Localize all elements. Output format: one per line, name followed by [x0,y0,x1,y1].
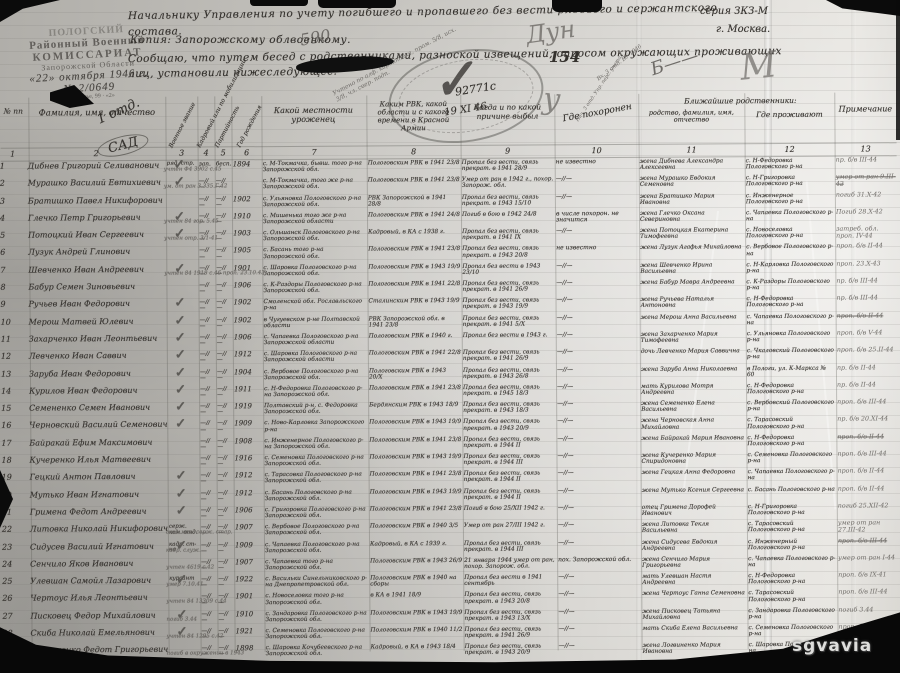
draft-office: Пологовским РВК в 1940 3/5 [369,522,463,540]
burial-place: —//— [557,486,641,504]
person-name: Ручьев Иван Федорович [28,299,167,317]
next-of-kin: мать Улевшан Настя Андреевна [641,572,747,590]
burial-place: —//— [556,314,640,332]
birth-year: 1906 [232,281,262,298]
residence: с. Зандаровка Пологовского р-на [747,606,837,624]
remark: погиб 3.44 [837,606,899,624]
draft-office: Пологовским РВК в 1941 23/8 [368,436,462,454]
ditto-cell: —//— [198,195,215,212]
loss-reason: Пропал без вести, связь прекрат. в 1943 … [461,245,555,263]
residence: с. Чапаевка Пологовского р-на [747,554,837,572]
pencil-note: учтен 84 1295 с.42 [167,634,262,640]
col-header-9: Когда и по какой причине выбыл [463,103,551,121]
burial-place: —//— [557,521,641,539]
person-name: Литовка Николай Никифорович [29,524,168,542]
loss-reason: Умер от ран в 1942 г., похор. Запорож. о… [461,176,555,194]
residence: с. Тарасовский Пологовского р-на [747,589,837,607]
row-number: 13 [0,369,28,386]
row-number: 26 [1,594,29,611]
person-name: Гецкий Антон Павлович [29,472,168,490]
remark: пр. б/в III-44 [835,295,897,313]
burial-place: не известно [555,244,639,262]
birth-year: 1919 [233,402,263,419]
person-name: Шевченко Иван Андреевич [27,265,166,283]
loss-reason: Пропал без вести, связь прекрат. в 1944 … [463,539,557,557]
draft-office: Сталинским РВК в 1943 19/9 [368,297,462,315]
row-number: 14 [0,386,28,403]
pencil-checkmark: ✓ [175,418,186,432]
ditto-cell: —//— [200,472,217,489]
draft-office: Кадровый, в КА с 1939 г. [369,539,463,557]
residence: с. Чапаевка Пологовского р-на [746,312,836,330]
loss-reason: Пропал без вести, связь прекрат. в 1944 … [463,487,557,505]
draft-office: Пологовским РВК в 1940 11/2 [370,626,464,644]
draft-office: РВК Запорожской в 1941 28/8 [367,194,461,212]
ditto-cell: —//— [200,506,217,523]
burial-place: не известно [555,158,639,176]
draft-office: Пологовским РВК в 1941 22/8 [368,349,462,367]
ditto-cell: —//— [215,247,232,264]
loss-reason: 21 января 1944 умер от ран, похор. Запор… [463,556,557,574]
person-name: Захарченко Иван Леонтьевич [28,334,167,352]
pencil-note: учтен 84 13309 с.44 [166,600,261,606]
birthplace: с. Семеновка Пологовского р-на Запорожск… [263,454,368,472]
burial-place: —//— [555,192,639,210]
col-num: 7 [262,148,367,158]
ditto-cell: —//— [199,299,216,316]
person-name: Гримена Федот Андреевич [29,507,168,525]
remark: пр. б/в II-44 [836,364,898,382]
pencil-checkmark: ✓ [175,383,186,397]
col-num: 12 [745,145,835,155]
birth-year: 1902 [233,316,263,333]
birthplace: с. Ольшанск Пологовского р-на Запорожско… [262,229,367,247]
birthplace: с. К-Раздоры Пологовского р-на Запорожск… [262,281,367,299]
person-name: Улевшан Самойл Лазарович [29,576,168,594]
draft-office: Кадровый, в КА в 1943 18/4 [370,643,464,661]
birth-year: 1909 [233,420,263,437]
row-number: 23 [1,542,29,559]
rank-cell: ✓ [167,420,199,437]
burial-place: —//— [557,590,641,608]
pencil-checkmark: ✓ [175,401,186,415]
row-number: 18 [0,456,28,473]
col-header-3: Военное звание [168,102,197,150]
next-of-kin: жена Заруба Анна Николаевна [640,365,746,383]
ditto-cell: —//— [217,472,234,489]
loss-reason: Пропал без вести, связь прекрат. в 1945 … [462,383,556,401]
remark: проп. б/в II-44 [837,485,899,503]
loss-reason: Погиб в бою 25/XII 1942 г. [463,504,557,522]
row-number: 3 [0,196,27,213]
birthplace: с. Григоровка Пологовского р-на Запорожс… [264,505,369,523]
birthplace: с. Чапаевка Пологовского р-на Запорожско… [264,540,369,558]
person-name: Писковец Федор Михайлович [29,610,168,628]
row-number: 5 [0,231,27,248]
draft-office: Пологовским РВК в 1941 24/8 [367,211,461,229]
loss-reason: Пропал без вести, связь прекрат. в 1943 … [462,366,556,384]
loss-reason: Пропал без вести, связь прекрат. в 1943 … [462,401,556,419]
ditto-cell: —//— [199,351,216,368]
residence: с. Н-Федоровка Пологовского р-на [746,382,836,400]
draft-office: Пологовским РВК в 1940 на сборы [369,574,463,592]
remark: пр. б/в 20.XI-44 [836,416,898,434]
col-num: 10 [555,146,639,156]
remark: проп. б/в V-44 [836,329,898,347]
residence: с. Вербовое Пологовского р-на [745,243,835,261]
remark: пр. б/в III-44 [835,156,897,174]
burial-place: —//— [557,504,641,522]
residence: с. Ульяновка Пологовского р-на [746,330,836,348]
next-of-kin: жена Дибнева Александра Алексеевна [639,157,745,175]
row-number: 11 [0,335,28,352]
residence: с. Инженерное Пологовского р-на [745,191,835,209]
loss-reason: Пропал без вести, связь прекрат. в 1943 … [462,418,556,436]
ditto-cell: —//— [217,489,234,506]
row-number: 24 [1,559,29,576]
row-number: 7 [0,265,27,282]
pencil-note: погиб в окружении в 1943 [167,651,262,657]
col-header-1: № пп [0,108,26,117]
rank-cell: ✓ум. от ран 3.335.Г.42 [166,178,198,195]
next-of-kin: жена Мутько Ксения Сергеевна [641,486,747,504]
paper-sheet: ПОЛОГСКИЙ Районный Военный КОМИССАРИАТ З… [0,0,900,673]
loss-reason: Пропал без вести в 1941 сентябрь [463,573,557,591]
residence: с. Тарасовский Пологовского р-на [747,520,837,538]
col-num: 4 [198,148,215,157]
person-name: Левченко Иван Саввич [28,351,167,369]
burial-place: —//— [557,573,641,591]
pencil-checkmark: ✓ [175,366,186,380]
col-header-6: Год рождения [236,105,264,150]
pencil-note: ум. от ран 3.335.Г.42 [164,184,259,190]
remark: пр. б/в III-44 [835,277,897,295]
row-number: 1 [0,162,27,179]
loss-reason: Пропал без вести, связь прекрат. в 1943 … [463,591,557,609]
next-of-kin: жена Бабур Мавра Андреевна [639,278,745,296]
loss-reason: Пропал без вести в 1943 г. [462,331,556,349]
person-name: Кучеренко Илья Матвеевич [28,455,167,473]
col-num: 13 [835,144,897,153]
next-of-kin: жена Братишко Мария Ивановна [639,192,745,210]
birthplace: с. М-Токмачка, того же р-на Запорожской … [262,177,367,195]
residence: с. Н-Федоровка Пологовского р-на [745,157,835,175]
remark: проп. б/в 25.II-44 [836,347,898,365]
ditto-cell: —//— [199,420,216,437]
residence: с. Тарасовский Пологовского р-на [746,416,836,434]
pencil-checkmark: ✓ [176,470,187,484]
col-header-12: Где проживают [746,111,832,120]
residence: с. Чапаевка Пологовского р-на [747,468,837,486]
col-header-11-group: Ближайшие родственники: [640,97,840,107]
pencil-note: учтен 4619 с.42 [166,565,261,571]
draft-office: Пологовским РВК в 1943 19/9 [369,609,463,627]
ditto-cell: —//— [199,385,216,402]
rank-cell [167,437,199,454]
birthplace: с. Тарасовка Пологовского р-на Запорожск… [264,471,369,489]
next-of-kin: жена Писковец Татьяна Михайловна [641,607,747,625]
pencil-note: погиб 3.44 [166,617,261,623]
pencil-initial-m: М [738,44,779,89]
burial-place: —//— [558,642,642,660]
pencil-checkmark: ✓ [175,332,186,346]
person-name: Братишко Павел Никифорович [27,195,166,213]
next-of-kin: жена Захарченко Мария Тимофеевна [640,330,746,348]
loss-reason: Пропал без вести в 1943 23/10 [461,262,555,280]
next-of-kin: жена Черновская Анна Михайловна [640,417,746,435]
ditto-cell: —//— [215,281,232,298]
loss-reason: Пропал без вести, связь прекрат. в 1944 … [462,435,556,453]
draft-office: Пологовским РВК в 1943 19/9 [369,488,463,506]
ditto-cell: —//— [216,333,233,350]
loss-reason: Пропал без вести, связь прекрат. в 1941 … [461,279,555,297]
col-header-7: Какой местности уроженец [264,106,362,125]
residence: с. Н-Карловка Пологовского р-на [745,260,835,278]
person-name: Байракай Ефим Максимович [28,437,167,455]
draft-office: Кадровый, в КА с 1938 г. [367,228,461,246]
burial-place: —//— [555,279,639,297]
ditto-cell: —//— [199,454,216,471]
remark: пр. б/в II-44 [836,381,898,399]
col-header-11: родство, фамилия, имя, отчество [640,109,742,125]
birth-year: 1904 [233,368,263,385]
person-name: Чертоус Илья Леонтьевич [29,593,168,611]
next-of-kin: жена Лузук Агафья Михайловна [639,244,745,262]
birth-year: 1902 [233,299,263,316]
row-number: 9 [0,300,28,317]
birth-year: 1902 [232,195,262,212]
burial-place: —//— [555,175,639,193]
remark: проп. б/в II-44 [837,468,899,486]
residence: с. Н-Григоровка Пологовского р-на [745,174,835,192]
col-num: 9 [461,146,555,156]
person-name: Логвиненко Федот Григорьевич [30,645,169,663]
birth-year: 1912 [234,471,264,488]
row-number: 17 [0,438,28,455]
next-of-kin: жена Сенчило Мария Григорьевна [641,555,747,573]
residence: с. Н-Федоровка Пологовского р-на [747,572,837,590]
next-of-kin: жена Потоцкая Екатерина Тимофеевна [639,226,745,244]
burial-place: —//— [556,365,640,383]
city-mark: г. Москва. [716,24,770,35]
row-number: 27 [1,611,29,628]
burial-place: —//— [556,435,640,453]
next-of-kin: мать Скиба Елена Васильевна [642,624,748,642]
next-of-kin: жена Логвиненко Мария Ивановна [642,641,748,659]
loss-reason: Умер от ран 27/III 1942 г. [463,522,557,540]
remark: проп. б/в II-44 [836,312,898,330]
loss-reason: Пропал без вести, связь прекрат. в 1941 … [462,314,556,332]
residence: с. Чкаловский Пологовского р-на [746,347,836,365]
birthplace: с. Зандаровка Пологовского р-на Запорожс… [264,609,369,627]
ditto-cell: —//— [199,437,216,454]
row-number: 10 [0,317,28,334]
ditto-cell: —//— [216,437,233,454]
birthplace: с. Мишенька того же р-на Запорожской обл… [262,211,367,229]
next-of-kin: дочь Левченко Мария Саввична [640,347,746,365]
row-number: 22 [1,525,29,542]
burial-place: —//— [557,608,641,626]
row-number: 25 [1,577,29,594]
pencil-note: кадр. служ. [166,548,261,554]
burial-place: —//— [557,538,641,556]
draft-office: Пологовским РВК в 1943 20/X [368,366,462,384]
rank-cell: кадр. ст-на✓кадр. служ. [168,541,200,558]
birthplace: с. Семеновка Пологовского р-на Запорожск… [265,627,370,645]
person-name: Черновский Василий Семенович [28,420,167,438]
ditto-cell: —//— [199,316,216,333]
next-of-kin: жена Глечко Оксана Севериновна [639,209,745,227]
birth-year: 1916 [233,454,263,471]
birthplace: в Чугуевском р-не Полтавской области [263,315,368,333]
person-name: Сидусев Василий Игнатович [29,541,168,559]
rank-cell: ✓ [168,506,200,523]
col-num: 1 [0,150,27,159]
birthplace: с. М-Токмачка, бывш. того р-на Запорожск… [262,160,367,178]
birthplace: с. Басань Пологовского р-на Запорожской … [264,488,369,506]
birthplace: Полтавский р-н, с. Федоровка Запорожской… [263,402,368,420]
draft-office: Пологовским РВК в 1940 г. [368,332,462,350]
person-name: Сенчило Яков Иванович [29,559,168,577]
birth-year: 1912 [234,489,264,506]
next-of-kin: жена Литовка Текля Васильевна [641,520,747,538]
residence: в Пологи, ул. К-Маркса № 60 [746,364,836,382]
row-number: 20 [1,490,29,507]
residence: с. Басань Пологовского р-на [747,485,837,503]
loss-reason: Пропал без вести, связь прекрат. в 1943 … [464,643,558,661]
residence: с. Инженерный Пологовского р-на [747,537,837,555]
col-num: 11 [639,145,745,155]
next-of-kin: мать Курилова Мотря Андреевна [640,382,746,400]
birth-year: 1908 [233,437,263,454]
remark: проп. б/в III-44 [837,589,899,607]
rank-cell: ✓учтен 84 1295 с.42 [169,628,201,645]
birthplace: с. Чапаевка того р-на Запорожской обл. [264,557,369,575]
rank-cell: погиб в окружении в 1943 [169,645,201,662]
ditto-cell: —//— [216,402,233,419]
rank-cell: курсант✓умер 7.10.41 [168,576,200,593]
draft-office: в КА в 1941 18/9 [369,591,463,609]
person-name: Дибнев Григорий Селиванович [27,161,166,179]
remark: проп. б/в III-44 [836,398,898,416]
burial-place: —//— [555,296,639,314]
remark: проп. б/в II-44 [836,433,898,451]
burial-place: —//— [558,625,642,643]
draft-office: Пологовским РВК в 1941 23/8 [369,470,463,488]
heading-copy: Копия: Запорожскому облвоенкому. [130,34,351,46]
birth-year: 1912 [233,350,263,367]
draft-office: Пологовским РВК в 1941 23/8 [369,505,463,523]
burial-place: —//— [555,227,639,245]
burial-place: —//— [556,383,640,401]
row-number: 12 [0,352,28,369]
loss-reason: Пропал без вести, связь прекрат. в 1943 … [463,608,557,626]
remark: умер от ран 9.III-42 [835,174,897,192]
pencil-note: учтен 84 1918 с.46 проп. 23.10.43 [164,271,259,277]
ditto-cell: —//— [216,385,233,402]
draft-office: Пологовским РВК в 1943 26/9 [369,557,463,575]
birthplace: с. Ульяновка Пологовского р-на Запорожск… [262,194,367,212]
residence: с. Чапаевка Пологовского р-на [745,209,835,227]
loss-reason: Погиб в бою в 1942 24/8 [461,210,555,228]
next-of-kin: жена Шевченко Ирина Васильевна [639,261,745,279]
person-name: Бабур Семен Зиновьевич [27,282,166,300]
draft-office: Пологовским РВК в 1943 19/9 [368,418,462,436]
row-number: 21 [1,508,29,525]
row-number: 2 [0,179,27,196]
next-of-kin: жена Семененко Елена Васильевна [640,399,746,417]
birthplace: Смоленской обл. Рославльского р-на [263,298,368,316]
residence: с. Вербовский Пологовского р-на [746,399,836,417]
col-header-13: Примечание [836,104,894,114]
next-of-kin: жена Чертоус Ганна Семеновна [641,590,747,608]
burial-place: —//— [556,417,640,435]
pencil-note: учтен отр. 3/1-41 [164,236,259,242]
col-header-8: Каким РВК, какой области и с какого врем… [368,100,458,133]
ditto-cell: —//— [216,351,233,368]
draft-office: Пологовским РВК в 1941 22/8 [367,280,461,298]
casualty-table: № пп Фамилия, имя, отчество Военное зван… [0,92,900,665]
person-name: Заруба Иван Федорович [28,368,167,386]
residence: с. Н-Федоровка Пологовского р-на [746,433,836,451]
next-of-kin: жена Мурашко Евдокия Семеновна [639,174,745,192]
birth-year: 1905 [232,247,262,264]
page-mark-154: 154 [549,48,580,66]
row-number: 16 [0,421,28,438]
watermark: sgvavia [792,636,872,656]
person-name: Глечко Петр Григорьевич [27,213,166,231]
person-name: Мерош Матвей Юлевич [28,316,167,334]
person-name: Мутько Иван Игнатович [29,489,168,507]
loss-reason: Пропал без вести, связь прекрат. в 1941 … [461,158,555,176]
row-number: 15 [0,404,28,421]
birthplace: с. Шаровка Пологовского р-на Запорожской… [263,350,368,368]
rank-cell: ✓учтен отр. 3/1-41 [166,230,198,247]
classification-mark: серия ЗКЗ-М [700,6,768,17]
ditto-cell: —//— [215,195,232,212]
draft-office: Пологовским РВК в 1943 19/9 [367,263,461,281]
pencil-note: учтен Ф4 3902 с.45 [164,167,259,173]
ditto-cell: —//— [216,368,233,385]
ditto-cell: —//— [199,403,216,420]
residence: с. Новоселовка Пологовского р-на [745,226,835,244]
birthplace: с. Вербовое Пологовского р-на Запорожско… [264,523,369,541]
col-num: 8 [367,147,461,157]
residence: с. К-Раздоры Пологовского р-на [745,278,835,296]
person-name: Мурашко Василий Евтихиевич [27,178,166,196]
pencil-checkmark: ✓ [176,505,187,519]
row-number: 28 [2,629,30,646]
birth-year: 1911 [233,385,263,402]
draft-office: Бердянским РВК в 1943 18/9 [368,401,462,419]
burial-place: —//— [557,469,641,487]
pencil-checkmark: ✓ [176,487,187,501]
residence: с. Семеновка Пологовского р-на [746,451,836,469]
remark: умер от ран 27.III-42 [837,519,899,537]
remark: затреб. обл. проп. IV-44 [835,225,897,243]
row-number: 4 [0,213,27,230]
draft-office: РВК Запорожской обл. в 1941 23/8 [368,315,462,333]
ditto-cell: —//— [216,420,233,437]
pencil-checkmark: ✓ [175,349,186,363]
row-number: 29 [2,646,30,663]
remark: Погиб 28.X-42 [835,208,897,226]
birthplace: с. Чапаевка Пологовского р-на Запорожско… [263,332,368,350]
remark: проп. б/в III-44 [836,450,898,468]
loss-reason: Пропал без вести, связь прекрат. в 1941 … [464,625,558,643]
next-of-kin: жена Байракай Мария Ивановна [640,434,746,452]
loss-reason: Пропал без вести, связь прекрат. в 1944 … [463,470,557,488]
